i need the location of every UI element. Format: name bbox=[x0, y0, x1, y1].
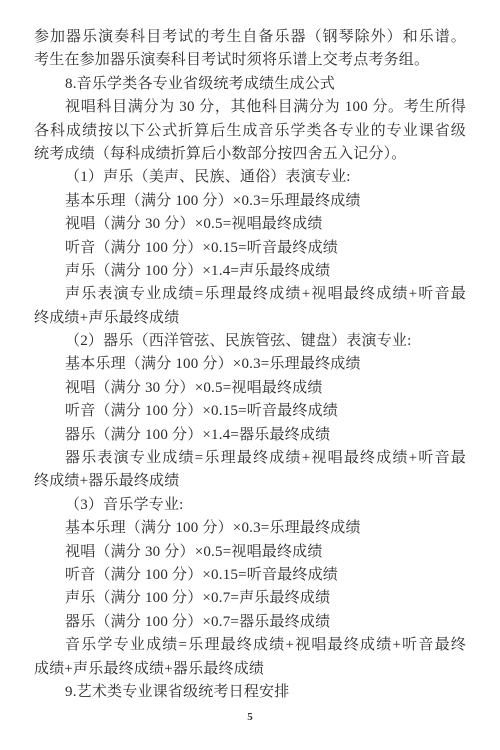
formula-line: 视唱（满分 30 分）×0.5=视唱最终成绩 bbox=[34, 541, 466, 564]
section-heading: 8.音乐学类各专业省级统考成绩生成公式 bbox=[34, 73, 466, 96]
formula-line: 终成绩+器乐最终成绩 bbox=[34, 470, 466, 493]
list-item-heading: （2）器乐（西洋管弦、民族管弦、键盘）表演专业: bbox=[34, 330, 466, 353]
formula-line: 视唱（满分 30 分）×0.5=视唱最终成绩 bbox=[34, 213, 466, 236]
formula-line: 视唱（满分 30 分）×0.5=视唱最终成绩 bbox=[34, 377, 466, 400]
document-text-block: 参加器乐演奏科目考试的考生自备乐器（钢琴除外）和乐谱。 考生在参加器乐演奏科目考… bbox=[34, 26, 466, 704]
text-line: 各科成绩按以下公式折算后生成音乐学类各专业的专业课省级 bbox=[34, 120, 466, 143]
formula-line: 器乐（满分 100 分）×1.4=器乐最终成绩 bbox=[34, 424, 466, 447]
section-heading: 9.艺术类专业课省级统考日程安排 bbox=[34, 681, 466, 704]
formula-line: 基本乐理（满分 100 分）×0.3=乐理最终成绩 bbox=[34, 517, 466, 540]
formula-line: 终成绩+声乐最终成绩 bbox=[34, 307, 466, 330]
formula-line: 听音（满分 100 分）×0.15=听音最终成绩 bbox=[34, 400, 466, 423]
formula-line: 基本乐理（满分 100 分）×0.3=乐理最终成绩 bbox=[34, 353, 466, 376]
text-line: 视唱科目满分为 30 分，其他科目满分为 100 分。考生所得 bbox=[34, 96, 466, 119]
formula-line: 器乐表演专业成绩=乐理最终成绩+视唱最终成绩+听音最 bbox=[34, 447, 466, 470]
page-number: 5 bbox=[0, 711, 500, 723]
formula-line: 器乐（满分 100 分）×0.7=器乐最终成绩 bbox=[34, 611, 466, 634]
text-line: 参加器乐演奏科目考试的考生自备乐器（钢琴除外）和乐谱。 bbox=[34, 26, 466, 49]
formula-line: 听音（满分 100 分）×0.15=听音最终成绩 bbox=[34, 564, 466, 587]
formula-line: 听音（满分 100 分）×0.15=听音最终成绩 bbox=[34, 237, 466, 260]
formula-line: 声乐（满分 100 分）×0.7=声乐最终成绩 bbox=[34, 587, 466, 610]
formula-line: 音乐学专业成绩=乐理最终成绩+视唱最终成绩+听音最终 bbox=[34, 634, 466, 657]
list-item-heading: （3）音乐学专业: bbox=[34, 494, 466, 517]
text-line: 考生在参加器乐演奏科目考试时须将乐谱上交考点考务组。 bbox=[34, 49, 466, 72]
formula-line: 成绩+声乐最终成绩+器乐最终成绩 bbox=[34, 658, 466, 681]
formula-line: 基本乐理（满分 100 分）×0.3=乐理最终成绩 bbox=[34, 190, 466, 213]
formula-line: 声乐表演专业成绩=乐理最终成绩+视唱最终成绩+听音最 bbox=[34, 283, 466, 306]
text-line: 统考成绩（每科成绩折算后小数部分按四舍五入记分）。 bbox=[34, 143, 466, 166]
list-item-heading: （1）声乐（美声、民族、通俗）表演专业: bbox=[34, 166, 466, 189]
document-page: 参加器乐演奏科目考试的考生自备乐器（钢琴除外）和乐谱。 考生在参加器乐演奏科目考… bbox=[0, 0, 500, 750]
formula-line: 声乐（满分 100 分）×1.4=声乐最终成绩 bbox=[34, 260, 466, 283]
